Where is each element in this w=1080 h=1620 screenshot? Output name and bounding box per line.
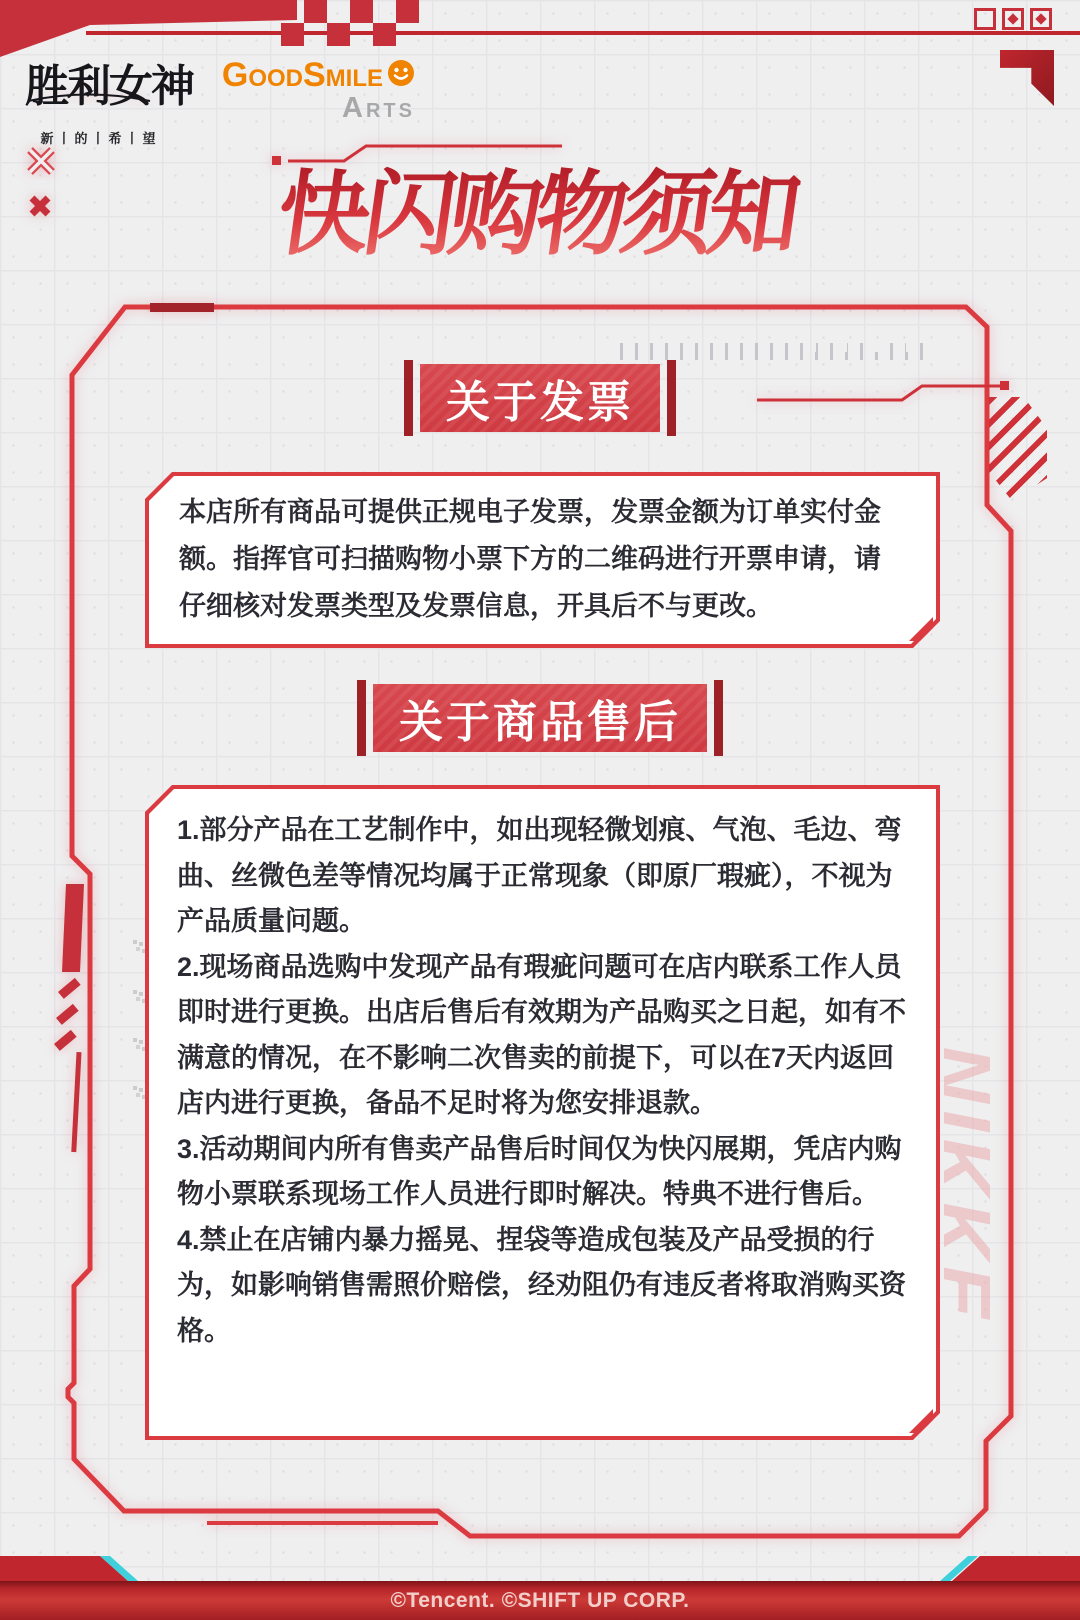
x-outline-icon bbox=[30, 150, 52, 172]
section-heading-invoice: 关于发票 bbox=[404, 360, 676, 436]
aftersales-item-1: 1.部分产品在工艺制作中，如出现轻微划痕、气泡、毛边、弯曲、丝微色差等情况均属于… bbox=[177, 808, 908, 945]
nikke-watermark: NIKKE bbox=[944, 1045, 1008, 1425]
badge-side-bar bbox=[667, 360, 676, 436]
nikke-logo-title: 胜利女神 bbox=[25, 50, 175, 114]
invoice-notice-box: 本店所有商品可提供正规电子发票，发票金额为订单实付金额。指挥官可扫描购物小票下方… bbox=[145, 472, 940, 648]
pixel-crumb-decoration bbox=[133, 1038, 137, 1042]
top-square-icon bbox=[974, 8, 996, 30]
badge-side-bar bbox=[357, 680, 366, 756]
badge-label: 关于发票 bbox=[446, 366, 634, 430]
top-square-diamond-icon bbox=[1030, 8, 1052, 30]
title-deco-line-top bbox=[272, 146, 562, 165]
x-solid-icon bbox=[32, 198, 48, 214]
left-deco-line bbox=[71, 1052, 81, 1152]
aftersales-item-2: 2.现场商品选购中发现产品有瑕疵问题可在店内联系工作人员即时进行更换。出店后售后… bbox=[177, 945, 908, 1127]
pixel-crumb-decoration bbox=[133, 1086, 137, 1090]
diamond-icon bbox=[1035, 13, 1046, 24]
badge-label: 关于商品售后 bbox=[399, 686, 681, 750]
left-deco-bar bbox=[62, 884, 84, 972]
aftersales-item-3: 3.活动期间内所有售卖产品售后时间仅为快闪展期，凭店内购物小票联系现场工作人员进… bbox=[177, 1127, 908, 1218]
bottom-edge-double-line bbox=[207, 1521, 438, 1525]
copyright-text: ©Tencent. ©SHIFT UP CORP. bbox=[391, 1589, 690, 1613]
page-title: 快闪购物须知 bbox=[269, 165, 803, 266]
left-deco-dash bbox=[58, 978, 81, 999]
left-deco-dash bbox=[56, 1004, 79, 1025]
smiley-icon bbox=[387, 59, 415, 91]
top-edge-dark-segment bbox=[150, 303, 214, 312]
badge-side-bar bbox=[714, 680, 723, 756]
arts-logo-text: Arts bbox=[185, 94, 415, 123]
nikke-logo: 胜利女神 新丨的丨希丨望 bbox=[25, 50, 175, 147]
badge-box: 关于发票 bbox=[420, 364, 660, 432]
diamond-icon bbox=[1007, 13, 1018, 24]
aftersales-notice-box: 1.部分产品在工艺制作中，如出现轻微划痕、气泡、毛边、弯曲、丝微色差等情况均属于… bbox=[145, 785, 940, 1440]
top-divider-line bbox=[86, 31, 1080, 35]
goodsmile-logo-text: GoodSmile bbox=[222, 56, 383, 94]
badge-side-bar bbox=[404, 360, 413, 436]
aftersales-item-4: 4.禁止在店铺内暴力摇晃、捏袋等造成包装及产品受损的行为，如影响销售需照价赔偿，… bbox=[177, 1218, 908, 1355]
invoice-notice-text: 本店所有商品可提供正规电子发票，发票金额为订单实付金额。指挥官可扫描购物小票下方… bbox=[145, 472, 940, 648]
section-heading-aftersales: 关于商品售后 bbox=[357, 680, 723, 756]
pixel-crumb-decoration bbox=[133, 940, 137, 944]
badge-box: 关于商品售后 bbox=[373, 684, 707, 752]
aftersales-notice-text: 1.部分产品在工艺制作中，如出现轻微划痕、气泡、毛边、弯曲、丝微色差等情况均属于… bbox=[145, 785, 940, 1440]
invoice-paragraph: 本店所有商品可提供正规电子发票，发票金额为订单实付金额。指挥官可扫描购物小票下方… bbox=[179, 489, 906, 630]
goodsmile-arts-logo: GoodSmile Arts bbox=[185, 58, 415, 123]
pixel-crumb-decoration bbox=[133, 990, 137, 994]
left-deco-dash bbox=[54, 1030, 77, 1051]
footer-bar: ©Tencent. ©SHIFT UP CORP. bbox=[0, 1581, 1080, 1620]
checkerboard-decoration bbox=[281, 0, 419, 46]
poster-canvas: { "header": { "nikke_logo": { "title": "… bbox=[0, 0, 1080, 1620]
top-square-diamond-icon bbox=[1002, 8, 1024, 30]
nikke-logo-subtitle: 新丨的丨希丨望 bbox=[25, 128, 175, 147]
barcode-ticks-decoration bbox=[627, 343, 932, 352]
